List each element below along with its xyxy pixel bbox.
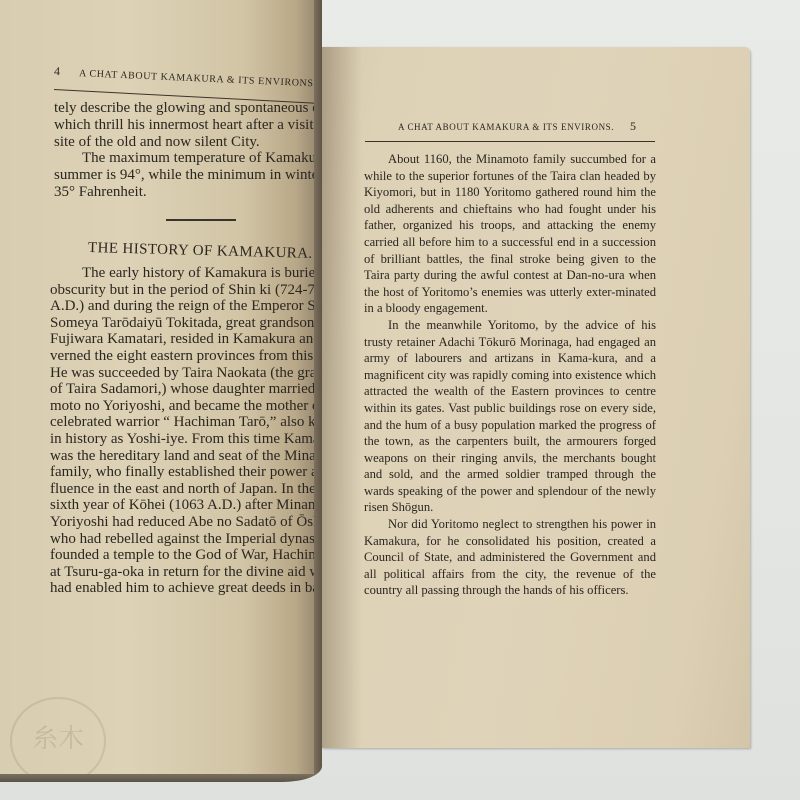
right-page-body: About 1160, the Minamoto family succumbe… [364,151,656,599]
text-line: in history as Yoshi-iye. From this time … [50,431,322,448]
left-page: 4 A CHAT ABOUT KAMAKURA & ITS ENVIRONS. … [0,0,322,782]
paragraph: Nor did Yoritomo neglect to strengthen h… [364,516,656,599]
header-rule [365,141,655,142]
running-title: A CHAT ABOUT KAMAKURA & ITS ENVIRONS. [79,68,317,89]
seal-watermark-icon: 糸木 [10,697,106,782]
left-page-header: 4 A CHAT ABOUT KAMAKURA & ITS ENVIRONS. [54,64,317,90]
text-line: had enabled him to achieve great deeds i… [50,580,322,597]
spine-shadow [322,47,362,748]
paragraph: About 1160, the Minamoto family succumbe… [364,151,656,317]
text-line: was the hereditary land and seat of the … [50,448,322,465]
text-line: which thrill his innermost heart after a… [54,117,316,134]
text-line: Fujiwara Kamatari, resided in Kamakura a… [50,331,322,348]
text-line: obscurity but in the period of Shin ki (… [50,282,322,299]
intro-text: tely describe the glowing and spontaneou… [54,100,316,201]
paragraph: In the meanwhile Yoritomo, by the advice… [364,317,656,516]
text-line: summer is 94°, while the minimum in wint… [54,167,316,184]
right-page: A CHAT ABOUT KAMAKURA & ITS ENVIRONS. 5 … [322,47,750,748]
text-line: A.D.) and during the reign of the Empero… [50,298,322,315]
text-line: moto no Yoriyoshi, and became the mother… [50,398,322,415]
page-number: 4 [54,64,61,78]
text-line: verned the eight eastern provinces from … [50,348,322,365]
running-title: A CHAT ABOUT KAMAKURA & ITS ENVIRONS. [398,122,614,132]
section-divider [166,219,236,221]
page-bottom-edge [0,774,322,782]
text-line: tely describe the glowing and spontaneou… [54,100,316,117]
text-line: celebrated warrior “ Hachiman Tarō,” als… [50,414,322,431]
text-line: The maximum temperature of Kamakura in [54,150,316,167]
text-line: family, who finally established their po… [50,464,322,481]
text-line: Someya Tarōdaiyū Tokitada, great grandso… [50,315,322,332]
text-line: He was succeeded by Taira Naokata (the g… [50,365,322,382]
text-line: founded a temple to the God of War, Hach… [50,547,322,564]
text-line: site of the old and now silent City. [54,134,316,151]
text-line: sixth year of Kōhei (1063 A.D.) after Mi… [50,497,322,514]
text-line: at Tsuru-ga-oka in return for the divine… [50,564,322,581]
text-line: 35° Fahrenheit. [54,184,316,201]
text-line: fluence in the east and north of Japan. … [50,481,322,498]
section-heading: THE HISTORY OF KAMAKURA. [88,240,313,263]
text-line: The early history of Kamakura is buried … [50,265,322,282]
page-edge [314,0,322,782]
history-text: The early history of Kamakura is buried … [50,265,322,597]
page-number: 5 [630,119,637,134]
text-line: of Taira Sadamori,) whose daughter marri… [50,381,322,398]
text-line: Yoriyoshi had reduced Abe no Sadatō of Ō… [50,514,322,531]
text-line: who had rebelled against the Imperial dy… [50,531,322,548]
